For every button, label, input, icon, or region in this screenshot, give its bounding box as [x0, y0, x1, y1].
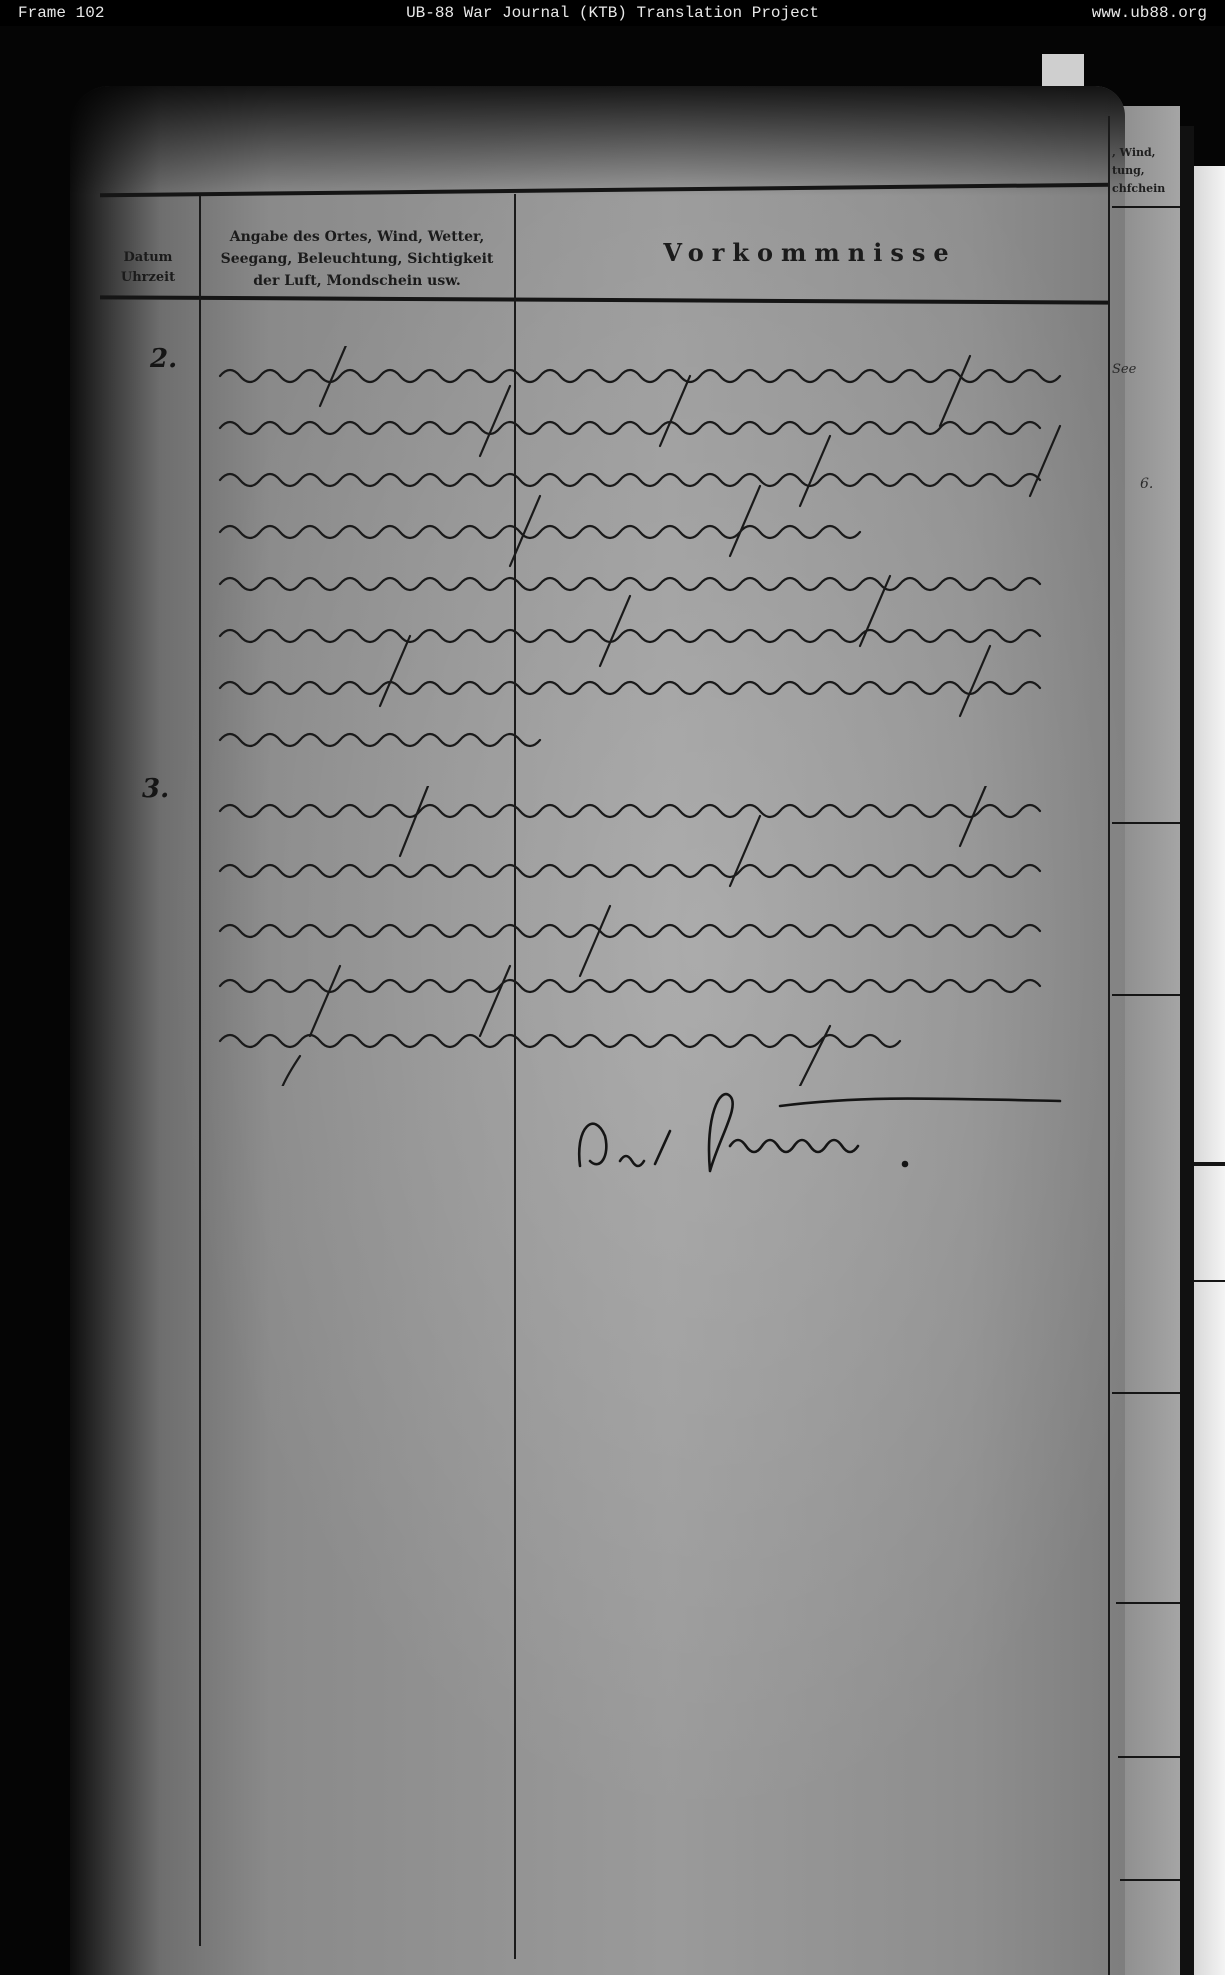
entry-number-3: 3.	[142, 774, 169, 804]
header-place-line1: Angabe des Ortes, Wind, Wetter,	[202, 226, 512, 248]
date-column-rule	[199, 196, 201, 1946]
header-date: Datum	[108, 248, 188, 268]
adjacent-page-header: , Wind, tung, chfchein	[1112, 144, 1180, 198]
handwritten-entry-2	[210, 346, 1110, 786]
second-page-rule	[1194, 1162, 1225, 1166]
adjacent-header-line1: , Wind,	[1112, 144, 1180, 162]
commander-signature	[560, 1076, 1080, 1186]
microfilm-frame: Datum Uhrzeit Angabe des Ortes, Wind, We…	[0, 26, 1225, 1975]
header-time: Uhrzeit	[108, 268, 188, 288]
entry-number-2: 2.	[150, 344, 177, 374]
adjacent-page-edge	[1194, 166, 1225, 1975]
adjacent-row-rule	[1120, 1879, 1180, 1881]
page-shadow	[70, 86, 1125, 196]
header-place-line2: Seegang, Beleuchtung, Sichtigkeit	[202, 248, 512, 270]
adjacent-row-rule	[1116, 1602, 1180, 1604]
column-header-date-time: Datum Uhrzeit	[108, 248, 188, 288]
column-header-location-weather: Angabe des Ortes, Wind, Wetter, Seegang,…	[202, 226, 512, 292]
adjacent-row-rule	[1118, 1756, 1180, 1758]
second-page-rule	[1194, 1280, 1225, 1282]
header-place-line3: der Luft, Mondschein usw.	[202, 270, 512, 292]
adjacent-note-6: 6.	[1140, 476, 1153, 492]
adjacent-header-line2: tung,	[1112, 162, 1180, 180]
handwritten-entry-3	[210, 786, 1110, 1086]
page-binding-edge	[1180, 126, 1194, 1975]
adjacent-row-rule	[1112, 994, 1180, 996]
adjacent-header-line3: chfchein	[1112, 180, 1180, 198]
project-title: UB-88 War Journal (KTB) Translation Proj…	[0, 0, 1225, 26]
adjacent-row-rule	[1112, 1392, 1180, 1394]
caption-bar: Frame 102 UB-88 War Journal (KTB) Transl…	[0, 0, 1225, 26]
adjacent-row-rule	[1112, 822, 1180, 824]
adjacent-note-see: See	[1112, 362, 1136, 377]
website-link[interactable]: www.ub88.org	[1092, 0, 1207, 26]
column-header-events: Vorkommnisse	[520, 238, 1100, 267]
adjacent-header-rule	[1112, 206, 1180, 208]
